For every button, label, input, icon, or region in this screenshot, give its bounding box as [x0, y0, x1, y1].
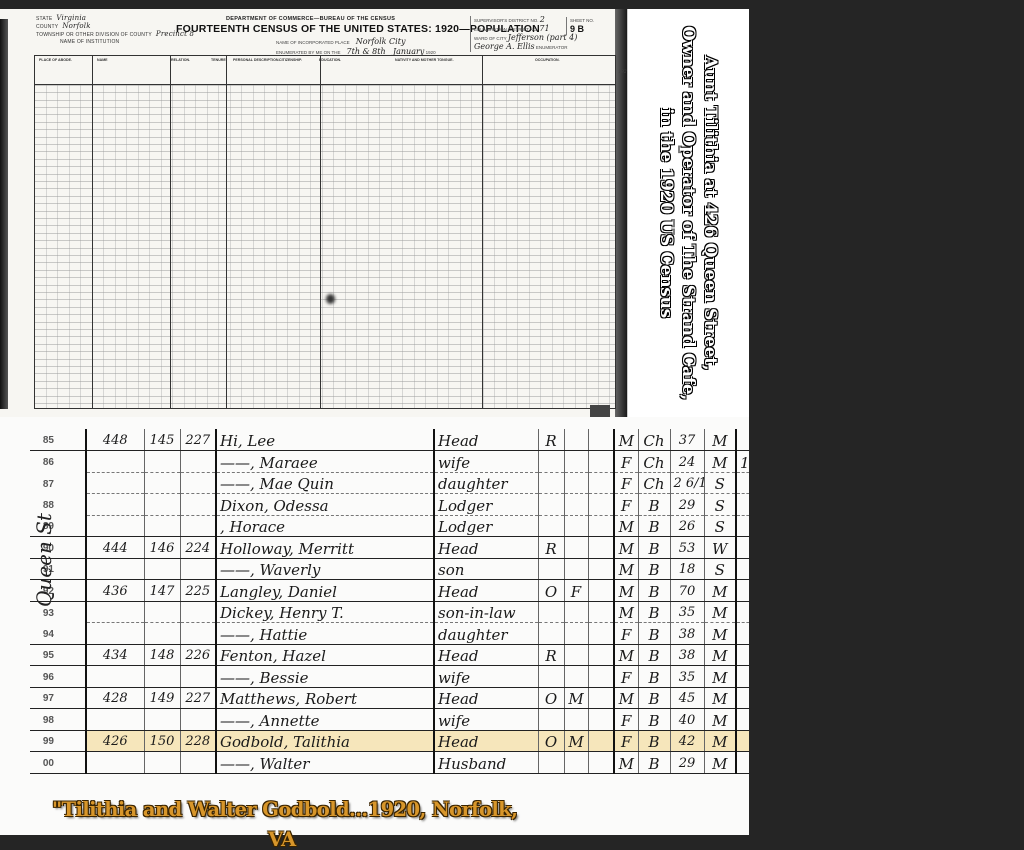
cell-relation: son	[434, 558, 538, 580]
cell-race: B	[638, 644, 670, 666]
cell-tenure	[538, 752, 564, 774]
street-column	[60, 623, 86, 645]
cell-tenure: R	[538, 429, 564, 451]
cell-owned-free	[564, 429, 588, 451]
slide-canvas: STATEVirginia COUNTYNorfolk TOWNSHIP OR …	[0, 9, 749, 835]
cell-house	[86, 601, 144, 623]
cell-dwelling	[144, 451, 180, 473]
cell-sex: F	[614, 666, 638, 688]
cell-relation: daughter	[434, 623, 538, 645]
census-row: 88Dixon, OdessaLodgerFB29S	[30, 494, 749, 516]
cell-house: 434	[86, 644, 144, 666]
cell-family	[180, 601, 216, 623]
cell-sex: F	[614, 472, 638, 494]
street-column	[60, 687, 86, 709]
cell-owned-free	[564, 494, 588, 516]
cell-home	[588, 752, 614, 774]
cell-immigration: 1917	[736, 451, 749, 473]
cell-family	[180, 752, 216, 774]
cell-sex: M	[614, 558, 638, 580]
cell-marital: M	[704, 709, 736, 731]
census-row: 85448145227Hi, LeeHeadRMCh37M	[30, 429, 749, 451]
cell-name: Holloway, Merritt	[216, 537, 434, 559]
cell-sex: M	[614, 601, 638, 623]
cell-home	[588, 709, 614, 731]
cell-name: ——, Maraee	[216, 451, 434, 473]
cell-race: B	[638, 623, 670, 645]
cell-owned-free	[564, 451, 588, 473]
cell-owned-free	[564, 472, 588, 494]
cell-dwelling	[144, 515, 180, 537]
grid-divider	[320, 55, 321, 409]
cell-home	[588, 623, 614, 645]
cell-tenure: R	[538, 644, 564, 666]
cell-name: Langley, Daniel	[216, 580, 434, 602]
cell-immigration	[736, 515, 749, 537]
cell-relation: Head	[434, 730, 538, 752]
cell-tenure	[538, 472, 564, 494]
cell-dwelling: 145	[144, 429, 180, 451]
cell-immigration	[736, 494, 749, 516]
cell-relation: Head	[434, 644, 538, 666]
cell-house	[86, 752, 144, 774]
cell-house	[86, 472, 144, 494]
line-number: 97	[30, 687, 60, 709]
cell-house: 448	[86, 429, 144, 451]
bottom-caption-line2: VA	[268, 828, 296, 850]
census-row: 97428149227Matthews, RobertHeadOMMB45M	[30, 687, 749, 709]
census-row: 99426150228Godbold, TalithiaHeadOMFB42M	[30, 730, 749, 752]
cell-marital: S	[704, 515, 736, 537]
cell-sex: F	[614, 709, 638, 731]
cell-family: 228	[180, 730, 216, 752]
cell-age: 38	[670, 623, 704, 645]
cell-owned-free	[564, 558, 588, 580]
cell-home	[588, 730, 614, 752]
cell-owned-free	[564, 666, 588, 688]
cell-home	[588, 580, 614, 602]
scan-blot	[326, 294, 335, 304]
line-number: 95	[30, 644, 60, 666]
cell-sex: F	[614, 623, 638, 645]
cell-relation: daughter	[434, 472, 538, 494]
cell-sex: M	[614, 429, 638, 451]
bottom-caption-line1: "Tilithia and Walter Godbold...1920, Nor…	[52, 798, 517, 821]
cell-tenure	[538, 601, 564, 623]
cell-home	[588, 558, 614, 580]
cell-family: 225	[180, 580, 216, 602]
cell-marital: M	[704, 429, 736, 451]
cell-marital: M	[704, 730, 736, 752]
census-row: 89, HoraceLodgerMB26S	[30, 515, 749, 537]
cell-relation: Husband	[434, 752, 538, 774]
cell-immigration	[736, 537, 749, 559]
cell-family	[180, 709, 216, 731]
cell-house	[86, 623, 144, 645]
cell-owned-free: M	[564, 730, 588, 752]
cell-relation: wife	[434, 451, 538, 473]
cell-marital: M	[704, 580, 736, 602]
cell-house	[86, 494, 144, 516]
cell-race: Ch	[638, 429, 670, 451]
street-label: Queen St	[30, 457, 56, 637]
cell-marital: M	[704, 623, 736, 645]
cell-owned-free	[564, 601, 588, 623]
cell-immigration	[736, 623, 749, 645]
cell-immigration	[736, 580, 749, 602]
cell-race: B	[638, 666, 670, 688]
department-heading: DEPARTMENT OF COMMERCE—BUREAU OF THE CEN…	[226, 16, 395, 22]
street-column	[60, 644, 86, 666]
cell-family	[180, 558, 216, 580]
cell-dwelling	[144, 494, 180, 516]
cell-relation: Head	[434, 537, 538, 559]
cell-home	[588, 515, 614, 537]
cell-marital: S	[704, 494, 736, 516]
street-column	[60, 752, 86, 774]
cell-marital: S	[704, 558, 736, 580]
cell-name: Hi, Lee	[216, 429, 434, 451]
cell-relation: wife	[434, 666, 538, 688]
cell-family	[180, 623, 216, 645]
cell-age: 40	[670, 709, 704, 731]
cell-name: ——, Walter	[216, 752, 434, 774]
cell-age: 24	[670, 451, 704, 473]
sheet-header-left: STATEVirginia COUNTYNorfolk TOWNSHIP OR …	[36, 15, 194, 46]
census-grid	[34, 55, 616, 409]
cell-tenure: O	[538, 687, 564, 709]
cell-dwelling: 146	[144, 537, 180, 559]
street-column	[60, 537, 86, 559]
cell-owned-free	[564, 515, 588, 537]
sheet-number: SHEET NO. 9 B	[566, 17, 594, 35]
census-row: 92436147225Langley, DanielHeadOFMB70M	[30, 580, 749, 602]
cell-house	[86, 558, 144, 580]
census-row: 96——, BessiewifeFB35M	[30, 666, 749, 688]
cell-tenure	[538, 515, 564, 537]
cell-age: 29	[670, 752, 704, 774]
cell-marital: W	[704, 537, 736, 559]
cell-tenure	[538, 666, 564, 688]
cell-name: Godbold, Talithia	[216, 730, 434, 752]
cell-family: 224	[180, 537, 216, 559]
cell-house	[86, 709, 144, 731]
cell-race: Ch	[638, 472, 670, 494]
cell-race: B	[638, 752, 670, 774]
cell-sex: M	[614, 687, 638, 709]
cell-age: 35	[670, 666, 704, 688]
census-row: 87——, Mae QuindaughterFCh2 6/12S	[30, 472, 749, 494]
side-caption-area: Aunt Tilithia at 426 Queen Street, Owner…	[628, 9, 749, 417]
cell-marital: M	[704, 601, 736, 623]
census-row: 00——, WalterHusbandMB29M	[30, 752, 749, 774]
cell-family	[180, 451, 216, 473]
cell-race: B	[638, 558, 670, 580]
cell-name: ——, Mae Quin	[216, 472, 434, 494]
cell-home	[588, 644, 614, 666]
cell-owned-free	[564, 537, 588, 559]
cell-immigration	[736, 687, 749, 709]
cell-name: Fenton, Hazel	[216, 644, 434, 666]
cell-home	[588, 537, 614, 559]
census-row: 93Dickey, Henry T.son-in-lawMB35M	[30, 601, 749, 623]
census-row: 91——, WaverlysonMB18S	[30, 558, 749, 580]
cell-relation: Head	[434, 687, 538, 709]
cell-race: B	[638, 601, 670, 623]
cell-name: Dickey, Henry T.	[216, 601, 434, 623]
cell-dwelling	[144, 623, 180, 645]
cell-owned-free: M	[564, 687, 588, 709]
grid-divider	[170, 55, 171, 409]
cell-name: Matthews, Robert	[216, 687, 434, 709]
cell-race: B	[638, 580, 670, 602]
cell-relation: Lodger	[434, 494, 538, 516]
cell-age: 45	[670, 687, 704, 709]
cell-family: 226	[180, 644, 216, 666]
cell-family: 227	[180, 429, 216, 451]
cell-marital: M	[704, 666, 736, 688]
cell-sex: M	[614, 580, 638, 602]
cell-house	[86, 515, 144, 537]
cell-owned-free	[564, 623, 588, 645]
cell-house: 436	[86, 580, 144, 602]
cell-name: ——, Waverly	[216, 558, 434, 580]
cell-race: B	[638, 709, 670, 731]
cell-house: 428	[86, 687, 144, 709]
cell-name: ——, Bessie	[216, 666, 434, 688]
cell-home	[588, 601, 614, 623]
cell-sex: F	[614, 494, 638, 516]
scan-edge-left	[0, 19, 8, 409]
cell-immigration	[736, 666, 749, 688]
cell-sex: M	[614, 752, 638, 774]
cell-age: 18	[670, 558, 704, 580]
cell-race: B	[638, 537, 670, 559]
cell-immigration	[736, 709, 749, 731]
line-number: 00	[30, 752, 60, 774]
cell-name: ——, Hattie	[216, 623, 434, 645]
cell-age: 53	[670, 537, 704, 559]
cell-home	[588, 494, 614, 516]
cell-house: 426	[86, 730, 144, 752]
cell-age: 29	[670, 494, 704, 516]
cell-name: , Horace	[216, 515, 434, 537]
cell-immigration	[736, 730, 749, 752]
cell-immigration	[736, 558, 749, 580]
sheet-header-right: SUPERVISOR'S DISTRICT NO. 2 ENUMERATION …	[470, 16, 620, 52]
cell-race: B	[638, 730, 670, 752]
cell-dwelling	[144, 601, 180, 623]
street-column	[60, 429, 86, 451]
cell-relation: Lodger	[434, 515, 538, 537]
cell-marital: M	[704, 451, 736, 473]
enlarged-census-table: 85448145227Hi, LeeHeadRMCh37M86——, Marae…	[30, 429, 749, 774]
cell-dwelling	[144, 558, 180, 580]
street-column	[60, 709, 86, 731]
cell-house: 444	[86, 537, 144, 559]
census-sheet-image: STATEVirginia COUNTYNorfolk TOWNSHIP OR …	[0, 9, 628, 417]
census-row: 95434148226Fenton, HazelHeadRMB38M	[30, 644, 749, 666]
cell-tenure	[538, 494, 564, 516]
street-column	[60, 730, 86, 752]
cell-age: 70	[670, 580, 704, 602]
street-column	[60, 494, 86, 516]
cell-owned-free: F	[564, 580, 588, 602]
census-column-headers: PLACE OF ABODE. NAME RELATION. TENURE. P…	[34, 55, 616, 85]
cell-family: 227	[180, 687, 216, 709]
cell-marital: M	[704, 687, 736, 709]
cell-immigration	[736, 472, 749, 494]
cell-age: 38	[670, 644, 704, 666]
cell-sex: M	[614, 644, 638, 666]
street-column	[60, 666, 86, 688]
cell-age: 2 6/12	[670, 472, 704, 494]
grid-divider	[482, 55, 483, 409]
cell-dwelling: 148	[144, 644, 180, 666]
street-column	[60, 451, 86, 473]
cell-marital: M	[704, 752, 736, 774]
cell-race: B	[638, 687, 670, 709]
census-row: 98——, AnnettewifeFB40M	[30, 709, 749, 731]
cell-race: B	[638, 494, 670, 516]
cell-immigration	[736, 601, 749, 623]
cell-sex: M	[614, 515, 638, 537]
side-caption: Aunt Tilithia at 426 Queen Street, Owner…	[655, 23, 721, 403]
line-number: 96	[30, 666, 60, 688]
cell-immigration	[736, 752, 749, 774]
cell-relation: son-in-law	[434, 601, 538, 623]
cell-family	[180, 494, 216, 516]
cell-race: B	[638, 515, 670, 537]
cell-tenure: O	[538, 580, 564, 602]
cell-dwelling	[144, 752, 180, 774]
line-number: 98	[30, 709, 60, 731]
cell-immigration	[736, 429, 749, 451]
cell-relation: Head	[434, 429, 538, 451]
street-column	[60, 472, 86, 494]
cell-home	[588, 451, 614, 473]
cell-home	[588, 472, 614, 494]
cell-age: 37	[670, 429, 704, 451]
cell-relation: wife	[434, 709, 538, 731]
cell-sex: F	[614, 730, 638, 752]
cell-family	[180, 472, 216, 494]
cell-home	[588, 687, 614, 709]
cell-dwelling: 147	[144, 580, 180, 602]
cell-dwelling: 150	[144, 730, 180, 752]
cell-dwelling	[144, 666, 180, 688]
census-row: 90444146224Holloway, MerrittHeadRMB53W	[30, 537, 749, 559]
grid-divider	[92, 55, 93, 409]
cell-dwelling	[144, 472, 180, 494]
cell-home	[588, 666, 614, 688]
cell-tenure	[538, 709, 564, 731]
cell-house	[86, 451, 144, 473]
line-number: 85	[30, 429, 60, 451]
cell-age: 42	[670, 730, 704, 752]
census-row: 94——, HattiedaughterFB38M	[30, 623, 749, 645]
cell-sex: F	[614, 451, 638, 473]
cell-tenure: R	[538, 537, 564, 559]
cell-house	[86, 666, 144, 688]
cell-marital: S	[704, 472, 736, 494]
grid-divider	[226, 55, 227, 409]
cell-marital: M	[704, 644, 736, 666]
street-column	[60, 515, 86, 537]
cell-dwelling: 149	[144, 687, 180, 709]
street-column	[60, 580, 86, 602]
cell-tenure	[538, 623, 564, 645]
cell-owned-free	[564, 644, 588, 666]
cell-dwelling	[144, 709, 180, 731]
cell-tenure: O	[538, 730, 564, 752]
cell-tenure	[538, 451, 564, 473]
cell-name: ——, Annette	[216, 709, 434, 731]
cell-home	[588, 429, 614, 451]
cell-sex: M	[614, 537, 638, 559]
cell-owned-free	[564, 709, 588, 731]
cell-owned-free	[564, 752, 588, 774]
cell-tenure	[538, 558, 564, 580]
cell-immigration	[736, 644, 749, 666]
margin-note: 1927	[618, 69, 628, 76]
enlarged-census-section: 85448145227Hi, LeeHeadRMCh37M86——, Marae…	[0, 417, 749, 835]
cell-name: Dixon, Odessa	[216, 494, 434, 516]
sheet-header-middle: NAME OF INCORPORATED PLACENorfolk City E…	[276, 37, 436, 57]
cell-age: 26	[670, 515, 704, 537]
cell-family	[180, 515, 216, 537]
street-column	[60, 558, 86, 580]
line-number: 99	[30, 730, 60, 752]
census-row: 86——, MaraeewifeFCh24M1917Al	[30, 451, 749, 473]
cell-relation: Head	[434, 580, 538, 602]
cell-race: Ch	[638, 451, 670, 473]
cell-family	[180, 666, 216, 688]
scan-stamp	[590, 405, 610, 417]
street-column	[60, 601, 86, 623]
cell-age: 35	[670, 601, 704, 623]
